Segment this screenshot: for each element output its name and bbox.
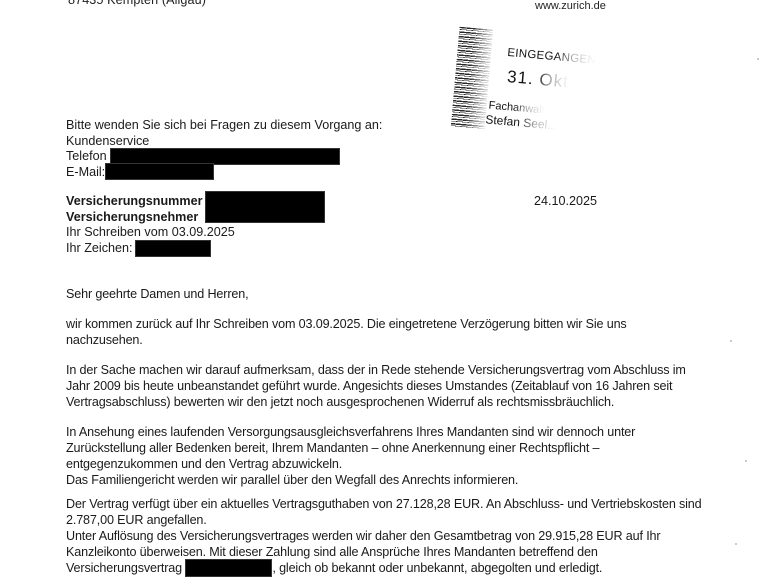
paragraph-4a: Der Vertrag verfügt über ein aktuelles V… <box>66 496 706 528</box>
your-reference-row: Ihr Zeichen: <box>66 240 235 256</box>
paragraph-2: In der Sache machen wir darauf aufmerksa… <box>66 362 706 410</box>
stamp-name: Stefan Seel... <box>485 111 558 133</box>
paragraph-4b-end: , gleich ob bekannt oder unbekannt, abge… <box>272 561 602 575</box>
contact-department: Kundenservice <box>66 133 382 149</box>
your-letter-date: Ihr Schreiben vom 03.09.2025 <box>66 224 235 240</box>
contact-email-row: E-Mail: <box>66 164 382 180</box>
redacted-reference <box>135 240 211 257</box>
phone-label: Telefon <box>66 149 107 163</box>
your-reference-label: Ihr Zeichen: <box>66 241 133 255</box>
paragraph-4: Der Vertrag verfügt über ein aktuelles V… <box>66 496 706 577</box>
contact-block: Bitte wenden Sie sich bei Fragen zu dies… <box>66 117 382 179</box>
contact-phone-row: Telefon <box>66 148 382 164</box>
scan-speck <box>730 340 732 342</box>
redacted-contract-number <box>185 559 272 577</box>
paragraph-3a: In Ansehung eines laufenden Versorgungsa… <box>66 424 706 472</box>
paragraph-1: wir kommen zurück auf Ihr Schreiben vom … <box>66 316 706 348</box>
stamp-received-date: 31. Okt <box>507 69 570 90</box>
stamp-received-label: EINGEGANGEN <box>507 45 597 69</box>
redacted-policy-details <box>205 191 325 223</box>
scan-speck <box>745 460 747 462</box>
letter-date: 24.10.2025 <box>534 193 597 209</box>
email-label: E-Mail: <box>66 165 105 179</box>
scan-speck <box>735 543 737 545</box>
received-stamp: EINGEGANGEN 31. Okt Fachanwalt Stefan Se… <box>442 20 612 153</box>
paragraph-3: In Ansehung eines laufenden Versorgungsa… <box>66 424 706 488</box>
sender-address: 87435 Kempten (Allgäu) <box>68 0 206 8</box>
reference-block: Versicherungsnummer Versicherungsnehmer … <box>66 193 235 255</box>
salutation: Sehr geehrte Damen und Herren, <box>66 286 706 302</box>
redacted-email <box>105 163 214 180</box>
contact-intro: Bitte wenden Sie sich bei Fragen zu dies… <box>66 117 382 133</box>
scan-speck <box>757 58 759 60</box>
company-website: www.zurich.de <box>535 0 606 14</box>
paragraph-3b: Das Familiengericht werden wir parallel … <box>66 472 706 488</box>
paragraph-4b: Unter Auflösung des Versicherungsvertrag… <box>66 528 706 577</box>
